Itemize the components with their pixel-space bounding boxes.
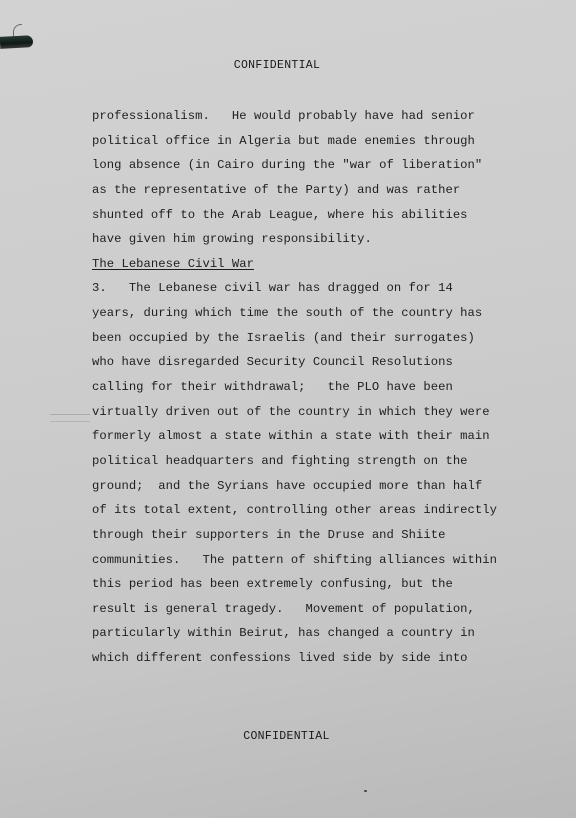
text-line: particularly within Beirut, has changed … <box>92 624 532 649</box>
text-line: through their supporters in the Druse an… <box>92 526 532 551</box>
text-line: which different confessions lived side b… <box>92 649 532 674</box>
text-line: years, during which time the south of th… <box>92 304 532 329</box>
text-line: formerly almost a state within a state w… <box>92 427 532 452</box>
classification-footer: CONFIDENTIAL <box>243 730 329 743</box>
classification-header: CONFIDENTIAL <box>234 59 320 72</box>
text-line: as the representative of the Party) and … <box>92 181 532 206</box>
text-line: calling for their withdrawal; the PLO ha… <box>92 378 532 403</box>
ghost-mark <box>50 414 90 422</box>
text-line: long absence (in Cairo during the "war o… <box>92 156 532 181</box>
text-line: ground; and the Syrians have occupied mo… <box>92 477 532 502</box>
text-line: virtually driven out of the country in w… <box>92 403 532 428</box>
page-header: CONFIDENTIAL <box>0 59 576 72</box>
text-line: this period has been extremely confusing… <box>92 575 532 600</box>
text-line: political office in Algeria but made ene… <box>92 132 532 157</box>
text-line: political headquarters and fighting stre… <box>92 452 532 477</box>
ink-speck <box>364 790 367 792</box>
text-line: shunted off to the Arab League, where hi… <box>92 206 532 231</box>
text-line: 3. The Lebanese civil war has dragged on… <box>92 279 532 304</box>
page-footer: CONFIDENTIAL <box>0 730 576 743</box>
text-line: who have disregarded Security Council Re… <box>92 353 532 378</box>
text-line: professionalism. He would probably have … <box>92 107 532 132</box>
text-line: result is general tragedy. Movement of p… <box>92 600 532 625</box>
text-line: of its total extent, controlling other a… <box>92 501 532 526</box>
document-body: professionalism. He would probably have … <box>92 107 532 674</box>
text-line: have given him growing responsibility. <box>92 230 532 255</box>
staple-mark <box>0 35 33 49</box>
text-line: been occupied by the Israelis (and their… <box>92 329 532 354</box>
section-heading: The Lebanese Civil War <box>92 255 532 280</box>
document-page: CONFIDENTIAL professionalism. He would p… <box>0 0 576 818</box>
text-line: communities. The pattern of shifting all… <box>92 551 532 576</box>
